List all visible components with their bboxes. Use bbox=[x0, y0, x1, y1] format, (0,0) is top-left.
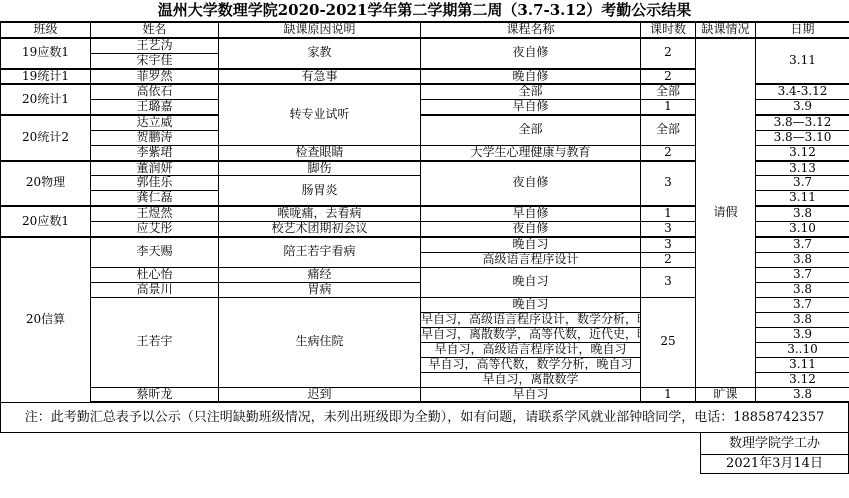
column-header-1: 姓名 bbox=[91, 22, 219, 38]
table-cell: 全部 bbox=[641, 84, 696, 99]
table-cell: 2 bbox=[641, 69, 696, 85]
table-cell: 3.11 bbox=[756, 191, 849, 206]
table-cell: 全部 bbox=[421, 115, 641, 145]
table-cell: 25 bbox=[641, 297, 696, 387]
table-cell: 3.8 bbox=[756, 387, 849, 402]
table-cell: 3.8 bbox=[756, 206, 849, 221]
table-cell: 晚自习 bbox=[421, 237, 641, 252]
table-cell: 早自习，高级语言程序设计，晚自习 bbox=[421, 342, 641, 357]
footer-date: 2021年3月14日 bbox=[701, 455, 848, 473]
table-cell: 请假 bbox=[696, 38, 756, 387]
table-cell: 夜自修 bbox=[421, 221, 641, 236]
table-cell: 2 bbox=[641, 38, 696, 69]
table-cell: 3.7 bbox=[756, 176, 849, 191]
table-cell: 3.9 bbox=[756, 327, 849, 342]
table-cell: 胃病 bbox=[219, 282, 421, 297]
table-cell: 检查眼睛 bbox=[219, 145, 421, 160]
footer-signature-block: 数理学院学工办 2021年3月14日 bbox=[700, 433, 849, 474]
attendance-report-page: 温州大学数理学院2020-2021学年第二学期第二周（3.7-3.12）考勤公示… bbox=[0, 0, 849, 498]
table-cell: 20信算 bbox=[1, 237, 91, 403]
table-cell: 2 bbox=[641, 145, 696, 160]
table-cell: 3.12 bbox=[756, 145, 849, 160]
table-cell: 高依石 bbox=[91, 84, 219, 99]
column-header-4: 课时数 bbox=[641, 22, 696, 38]
table-cell: 1 bbox=[641, 387, 696, 402]
table-cell: 3 bbox=[641, 237, 696, 252]
table-cell: 20统计2 bbox=[1, 115, 91, 161]
table-cell: 3.7 bbox=[756, 267, 849, 282]
table-cell: 3.8—3.12 bbox=[756, 115, 849, 130]
note-text: 注：此考勤汇总表予以公示（只注明缺勤班级情况，未列出班级即为全勤），如有问题，请… bbox=[0, 403, 849, 433]
table-cell: 转专业试听 bbox=[219, 84, 421, 145]
table-cell: 高级语言程序设计 bbox=[421, 252, 641, 267]
table-cell: 菲罗然 bbox=[91, 69, 219, 85]
table-cell: 宋宇佳 bbox=[91, 53, 219, 68]
table-cell: 高景川 bbox=[91, 282, 219, 297]
table-row: 19应数1王艺沩家教夜自修2请假3.11 bbox=[1, 38, 849, 53]
column-header-6: 日期 bbox=[756, 22, 849, 38]
column-header-2: 缺课原因说明 bbox=[219, 22, 421, 38]
table-cell: 早自修 bbox=[421, 206, 641, 221]
table-cell: 董润妍 bbox=[91, 161, 219, 176]
table-cell: 早自习，高级语言程序设计，数学分析，晚自习 bbox=[421, 312, 641, 327]
table-cell: 3.11 bbox=[756, 38, 849, 84]
footer-blank-area bbox=[0, 433, 700, 474]
table-header-row: 班级姓名缺课原因说明课程名称课时数缺课情况日期 bbox=[1, 22, 849, 38]
table-cell: 3.8 bbox=[756, 252, 849, 267]
table-cell: 夜自修 bbox=[421, 161, 641, 207]
column-header-0: 班级 bbox=[1, 22, 91, 38]
table-cell: 有急事 bbox=[219, 69, 421, 85]
table-cell: 李天赐 bbox=[91, 237, 219, 267]
table-cell: 早自修 bbox=[421, 100, 641, 115]
table-cell: 3.12 bbox=[756, 372, 849, 387]
table-cell: 3.7 bbox=[756, 237, 849, 252]
table-cell: 陪王若宇看病 bbox=[219, 237, 421, 267]
table-cell: 3.9 bbox=[756, 100, 849, 115]
table-cell: 李紫珺 bbox=[91, 145, 219, 160]
table-cell: 19统计1 bbox=[1, 69, 91, 85]
table-cell: 3.13 bbox=[756, 161, 849, 176]
table-cell: 大学生心理健康与教育 bbox=[421, 145, 641, 160]
table-cell: 王煜然 bbox=[91, 206, 219, 221]
table-cell: 校艺术团期初会议 bbox=[219, 221, 421, 236]
table-cell: 2 bbox=[641, 252, 696, 267]
table-cell: 杜心怡 bbox=[91, 267, 219, 282]
table-cell: 3 bbox=[641, 267, 696, 297]
table-cell: 3.8—3.10 bbox=[756, 130, 849, 145]
table-cell: 肠胃炎 bbox=[219, 176, 421, 206]
page-title: 温州大学数理学院2020-2021学年第二学期第二周（3.7-3.12）考勤公示… bbox=[0, 0, 849, 21]
table-cell: 王璐嘉 bbox=[91, 100, 219, 115]
table-cell: 3 bbox=[641, 161, 696, 207]
table-cell: 痛经 bbox=[219, 267, 421, 282]
table-cell: 王若宇 bbox=[91, 297, 219, 387]
table-cell: 晚自习 bbox=[421, 267, 641, 297]
table-cell: 蔡昕龙 bbox=[91, 387, 219, 402]
table-cell: 3 bbox=[641, 221, 696, 236]
table-cell: 3.10 bbox=[756, 221, 849, 236]
column-header-3: 课程名称 bbox=[421, 22, 641, 38]
attendance-table: 班级姓名缺课原因说明课程名称课时数缺课情况日期 19应数1王艺沩家教夜自修2请假… bbox=[0, 21, 849, 403]
table-cell: 20统计1 bbox=[1, 84, 91, 115]
table-cell: 全部 bbox=[421, 84, 641, 99]
table-cell: 旷课 bbox=[696, 387, 756, 402]
table-cell: 达立威 bbox=[91, 115, 219, 130]
table-body: 19应数1王艺沩家教夜自修2请假3.11宋宇佳19统计1菲罗然有急事晚自修220… bbox=[1, 38, 849, 402]
table-cell: 3..10 bbox=[756, 342, 849, 357]
table-cell: 龚仁磊 bbox=[91, 191, 219, 206]
table-cell: 生病住院 bbox=[219, 297, 421, 387]
table-cell: 全部 bbox=[641, 115, 696, 145]
table-cell: 3.8 bbox=[756, 282, 849, 297]
table-cell: 晚自习 bbox=[421, 297, 641, 312]
table-cell: 3.11 bbox=[756, 357, 849, 372]
table-cell: 3.8 bbox=[756, 312, 849, 327]
table-cell: 晚自修 bbox=[421, 69, 641, 85]
table-cell: 1 bbox=[641, 206, 696, 221]
table-cell: 家教 bbox=[219, 38, 421, 69]
footer-office: 数理学院学工办 bbox=[701, 433, 848, 455]
table-cell: 早自习，离散数学 bbox=[421, 372, 641, 387]
table-cell: 3.7 bbox=[756, 297, 849, 312]
table-cell: 19应数1 bbox=[1, 38, 91, 69]
table-cell: 夜自修 bbox=[421, 38, 641, 69]
table-cell: 早自习，离散数学，高等代数，近代史，晚自习 bbox=[421, 327, 641, 342]
table-cell: 郭佳乐 bbox=[91, 176, 219, 191]
table-cell: 20物理 bbox=[1, 161, 91, 207]
table-cell: 早自习，高等代数，数学分析，晚自习 bbox=[421, 357, 641, 372]
table-cell: 王艺沩 bbox=[91, 38, 219, 53]
table-cell: 3.4-3.12 bbox=[756, 84, 849, 99]
table-cell: 迟到 bbox=[219, 387, 421, 402]
table-cell: 1 bbox=[641, 100, 696, 115]
column-header-5: 缺课情况 bbox=[696, 22, 756, 38]
table-cell: 应艾彤 bbox=[91, 221, 219, 236]
table-cell: 喉咙痛，去看病 bbox=[219, 206, 421, 221]
table-cell: 早自习 bbox=[421, 387, 641, 402]
table-cell: 贺鹏涛 bbox=[91, 130, 219, 145]
table-cell: 脚伤 bbox=[219, 161, 421, 176]
footer: 数理学院学工办 2021年3月14日 bbox=[0, 433, 849, 474]
table-cell: 20应数1 bbox=[1, 206, 91, 237]
table-row: 蔡昕龙迟到早自习1旷课3.8 bbox=[1, 387, 849, 402]
